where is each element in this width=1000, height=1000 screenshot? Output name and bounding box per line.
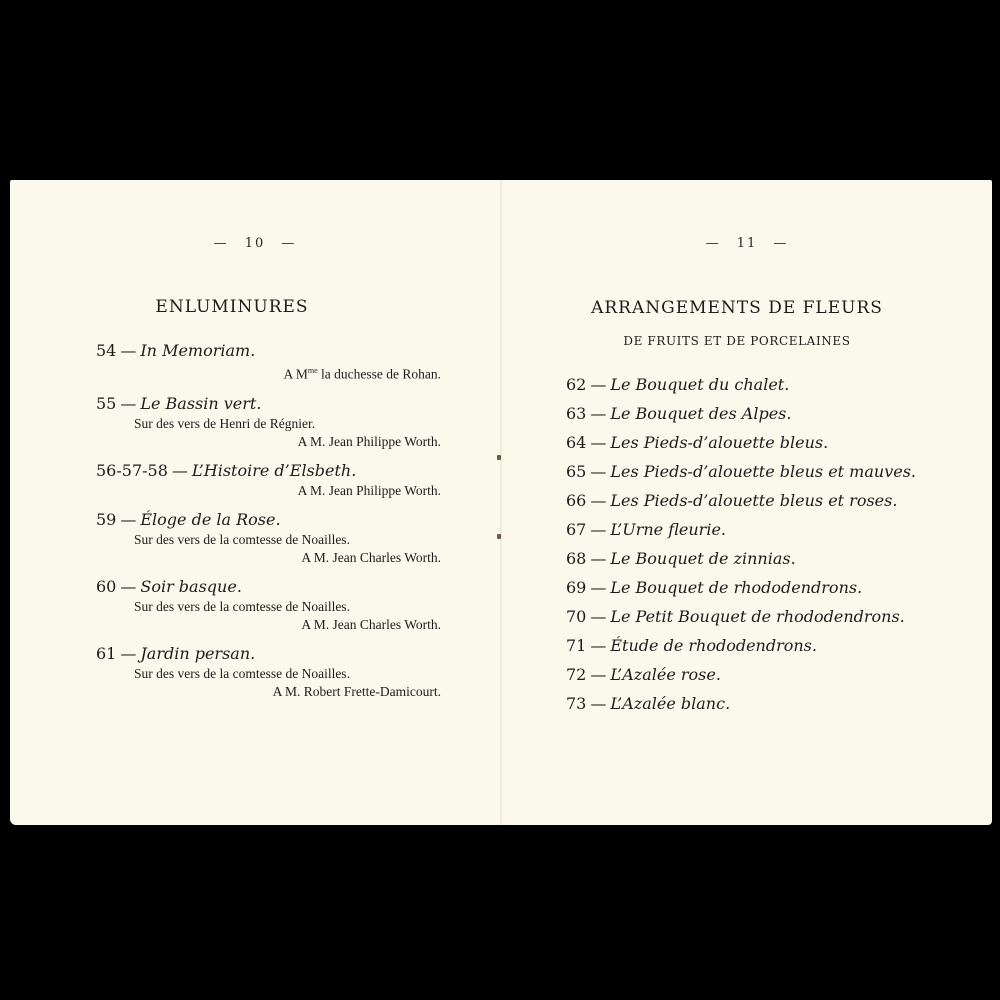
page-number-value: 10 <box>245 236 266 251</box>
entry-title: Le Petit Bouquet de rhododendrons. <box>610 607 904 626</box>
entry-number: 59 <box>96 510 116 529</box>
entry-title-line: 60—Soir basque. <box>96 576 441 598</box>
entry-separator: — <box>120 394 136 413</box>
entry-title: Le Bouquet de zinnias. <box>610 549 795 568</box>
entry-title-line: 68—Le Bouquet de zinnias. <box>566 544 986 573</box>
entry-title-line: 73—L’Azalée blanc. <box>566 689 986 718</box>
entry-verse-credit: Sur des vers de la comtesse de Noailles. <box>96 598 441 616</box>
catalog-list: 62—Le Bouquet du chalet.63—Le Bouquet de… <box>566 370 986 718</box>
entry-number: 72 <box>566 665 586 684</box>
entry-separator: — <box>590 549 606 568</box>
entry-title: L’Histoire d’Elsbeth. <box>192 461 356 480</box>
entry-title: In Memoriam. <box>140 341 255 360</box>
entry-verse-credit: Sur des vers de Henri de Régnier. <box>96 415 441 433</box>
entry-title: Les Pieds-d’alouette bleus et mauves. <box>610 462 916 481</box>
catalog-entry: 73—L’Azalée blanc. <box>566 689 986 718</box>
entry-title-line: 56-57-58—L’Histoire d’Elsbeth. <box>96 460 441 482</box>
entry-dedication: A M. Jean Charles Worth. <box>96 616 441 634</box>
page-number-value: 11 <box>737 236 758 251</box>
entry-verse-credit: Sur des vers de la comtesse de Noailles. <box>96 531 441 549</box>
entry-title-line: 67—L’Urne fleurie. <box>566 515 986 544</box>
entry-title: Le Bassin vert. <box>140 394 261 413</box>
entry-dedication: A M. Jean Philippe Worth. <box>96 482 441 500</box>
entry-number: 61 <box>96 644 116 663</box>
entry-title: Éloge de la Rose. <box>140 510 280 529</box>
entry-title: Le Bouquet de rhododendrons. <box>610 578 862 597</box>
entry-title-line: 61—Jardin persan. <box>96 643 441 665</box>
section-heading: ARRANGEMENTS DE FLEURS <box>492 298 982 318</box>
entry-number: 62 <box>566 375 586 394</box>
entry-title-line: 55—Le Bassin vert. <box>96 393 441 415</box>
entry-separator: — <box>590 578 606 597</box>
right-page: — 11 — ARRANGEMENTS DE FLEURS DE FRUITS … <box>502 180 992 825</box>
entry-title: Étude de rhododendrons. <box>610 636 817 655</box>
catalog-entry: 62—Le Bouquet du chalet. <box>566 370 986 399</box>
left-page: — 10 — ENLUMINURES 54—In Memoriam.A Mme … <box>10 180 500 825</box>
entry-number: 66 <box>566 491 586 510</box>
entry-title-line: 66—Les Pieds-d’alouette bleus et roses. <box>566 486 986 515</box>
entry-separator: — <box>120 577 136 596</box>
entry-title-line: 72—L’Azalée rose. <box>566 660 986 689</box>
entry-separator: — <box>590 375 606 394</box>
entry-separator: — <box>172 461 188 480</box>
entry-title-line: 59—Éloge de la Rose. <box>96 509 441 531</box>
page-number: — 11 — <box>502 236 992 251</box>
section-heading: ENLUMINURES <box>0 297 477 317</box>
entry-title-line: 65—Les Pieds-d’alouette bleus et mauves. <box>566 457 986 486</box>
entry-number: 69 <box>566 578 586 597</box>
entry-number: 60 <box>96 577 116 596</box>
entry-title-line: 63—Le Bouquet des Alpes. <box>566 399 986 428</box>
entry-separator: — <box>590 694 606 713</box>
entry-title-line: 64—Les Pieds-d’alouette bleus. <box>566 428 986 457</box>
entry-number: 65 <box>566 462 586 481</box>
entry-title-line: 70—Le Petit Bouquet de rhododendrons. <box>566 602 986 631</box>
catalog-entry: 65—Les Pieds-d’alouette bleus et mauves. <box>566 457 986 486</box>
entry-dedication: A M. Jean Philippe Worth. <box>96 433 441 451</box>
entry-number: 73 <box>566 694 586 713</box>
entry-number: 64 <box>566 433 586 452</box>
catalog-entry: 71—Étude de rhododendrons. <box>566 631 986 660</box>
entry-separator: — <box>120 644 136 663</box>
catalog-entry: 70—Le Petit Bouquet de rhododendrons. <box>566 602 986 631</box>
catalog-entry: 72—L’Azalée rose. <box>566 660 986 689</box>
catalog-entry: 54—In Memoriam.A Mme la duchesse de Roha… <box>96 340 441 384</box>
catalog-entry: 63—Le Bouquet des Alpes. <box>566 399 986 428</box>
entry-number: 55 <box>96 394 116 413</box>
entry-title: Le Bouquet des Alpes. <box>610 404 791 423</box>
entry-title: Soir basque. <box>140 577 242 596</box>
entry-number: 71 <box>566 636 586 655</box>
catalog-entry: 60—Soir basque.Sur des vers de la comtes… <box>96 576 441 634</box>
entry-title: Les Pieds-d’alouette bleus et roses. <box>610 491 897 510</box>
entry-title-line: 69—Le Bouquet de rhododendrons. <box>566 573 986 602</box>
catalog-entry: 55—Le Bassin vert.Sur des vers de Henri … <box>96 393 441 451</box>
entry-dedication: A Mme la duchesse de Rohan. <box>96 362 441 384</box>
catalog-entry: 66—Les Pieds-d’alouette bleus et roses. <box>566 486 986 515</box>
entry-separator: — <box>590 665 606 684</box>
entry-title-line: 54—In Memoriam. <box>96 340 441 362</box>
catalog-entry: 56-57-58—L’Histoire d’Elsbeth.A M. Jean … <box>96 460 441 500</box>
entry-separator: — <box>590 607 606 626</box>
entry-separator: — <box>590 462 606 481</box>
section-subheading: DE FRUITS ET DE PORCELAINES <box>492 334 982 348</box>
entry-number: 63 <box>566 404 586 423</box>
catalog-entry: 64—Les Pieds-d’alouette bleus. <box>566 428 986 457</box>
entry-title: Les Pieds-d’alouette bleus. <box>610 433 828 452</box>
entry-separator: — <box>590 636 606 655</box>
catalog-list: 54—In Memoriam.A Mme la duchesse de Roha… <box>96 340 441 710</box>
entry-dedication: A M. Robert Frette-Damicourt. <box>96 683 441 701</box>
entry-title: Jardin persan. <box>140 644 255 663</box>
entry-separator: — <box>590 491 606 510</box>
entry-verse-credit: Sur des vers de la comtesse de Noailles. <box>96 665 441 683</box>
page-number: — 10 — <box>10 236 500 251</box>
entry-separator: — <box>590 433 606 452</box>
entry-separator: — <box>590 404 606 423</box>
entry-separator: — <box>120 341 136 360</box>
book-spread: — 10 — ENLUMINURES 54—In Memoriam.A Mme … <box>10 180 992 825</box>
entry-separator: — <box>120 510 136 529</box>
entry-separator: — <box>590 520 606 539</box>
entry-title: Le Bouquet du chalet. <box>610 375 789 394</box>
entry-number: 67 <box>566 520 586 539</box>
entry-dedication: A M. Jean Charles Worth. <box>96 549 441 567</box>
entry-number: 70 <box>566 607 586 626</box>
entry-number: 56-57-58 <box>96 461 168 480</box>
catalog-entry: 68—Le Bouquet de zinnias. <box>566 544 986 573</box>
catalog-entry: 69—Le Bouquet de rhododendrons. <box>566 573 986 602</box>
catalog-entry: 61—Jardin persan.Sur des vers de la comt… <box>96 643 441 701</box>
entry-title-line: 71—Étude de rhododendrons. <box>566 631 986 660</box>
entry-title: L’Azalée blanc. <box>610 694 730 713</box>
catalog-entry: 59—Éloge de la Rose.Sur des vers de la c… <box>96 509 441 567</box>
entry-title-line: 62—Le Bouquet du chalet. <box>566 370 986 399</box>
entry-number: 54 <box>96 341 116 360</box>
entry-title: L’Azalée rose. <box>610 665 721 684</box>
catalog-entry: 67—L’Urne fleurie. <box>566 515 986 544</box>
entry-title: L’Urne fleurie. <box>610 520 726 539</box>
entry-number: 68 <box>566 549 586 568</box>
